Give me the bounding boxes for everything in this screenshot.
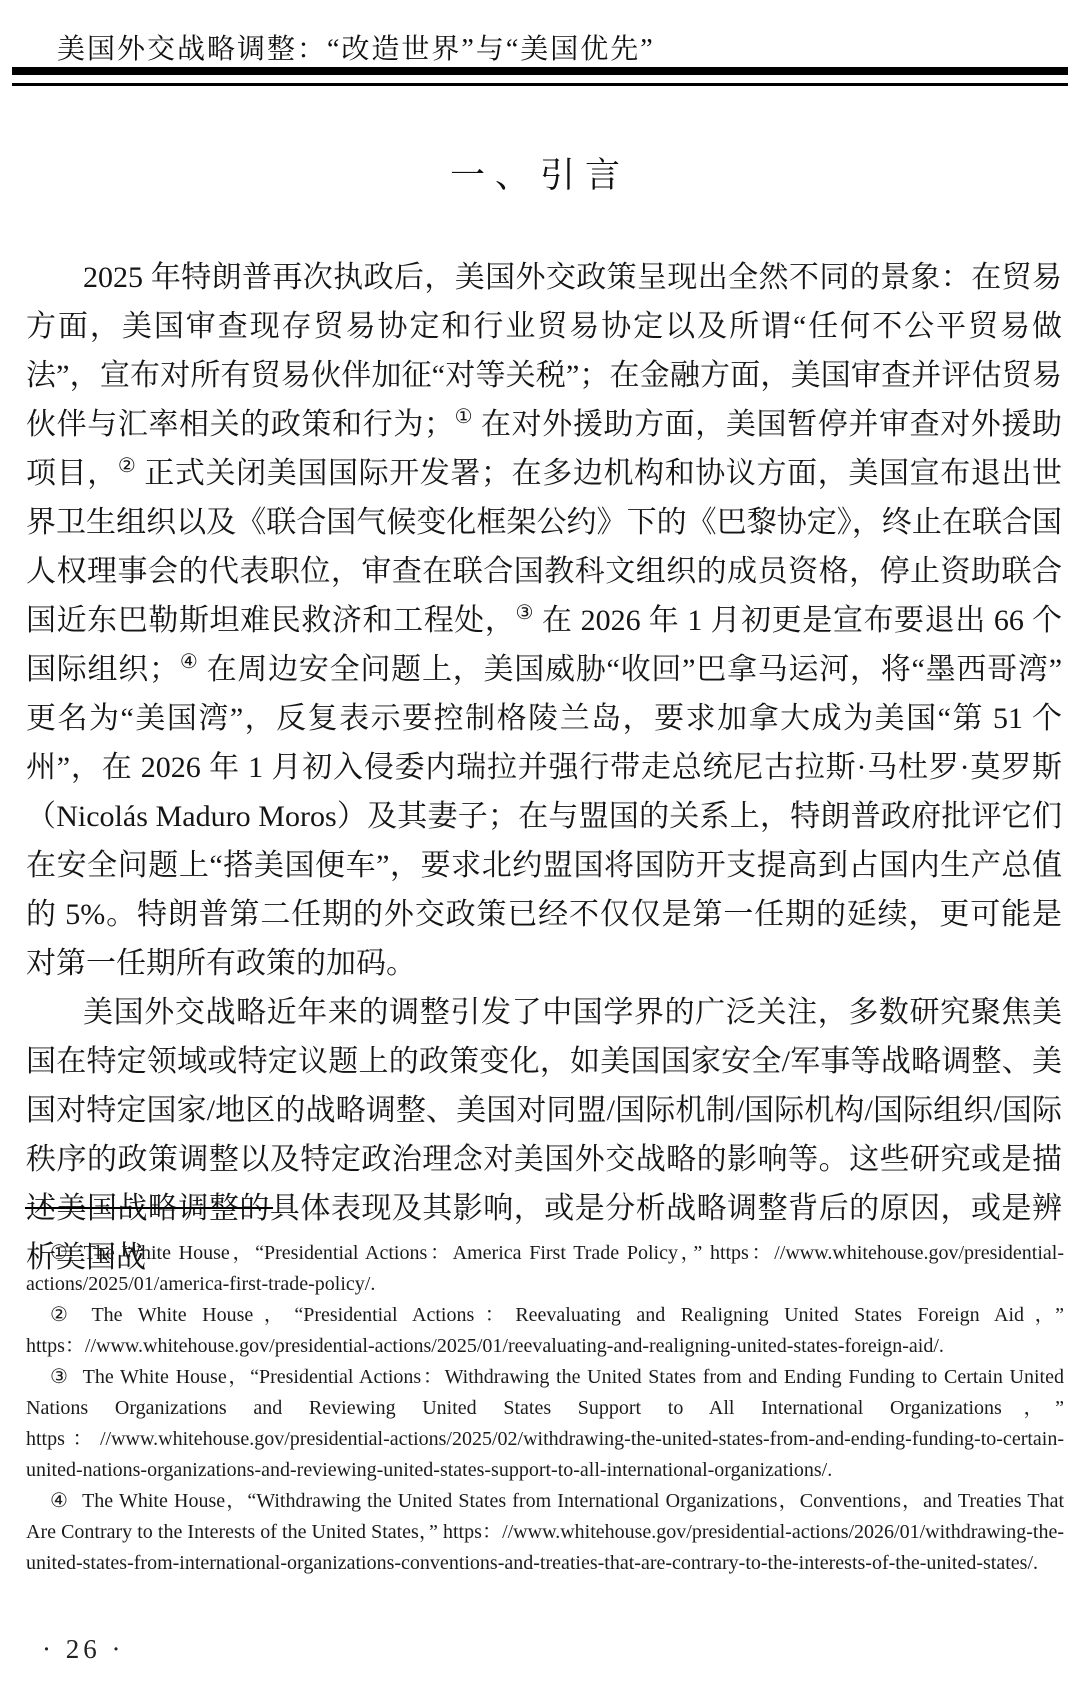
footnote-marker: ③ [50,1366,70,1388]
body-paragraph-1: 2025 年特朗普再次执政后，美国外交政策呈现出全然不同的景象：在贸易方面，美国… [26,253,1062,988]
footnote-item: ④The White House，“Withdrawing the United… [26,1486,1064,1579]
footnote-separator [25,1207,273,1209]
footnote-text: The White House，“Presidential Actions：Am… [26,1242,1064,1295]
header-rule-thin [12,83,1068,86]
footnote-item: ①The White House，“Presidential Actions：A… [26,1238,1064,1300]
page-number: · 26 · [42,1634,124,1665]
body-text: 2025 年特朗普再次执政后，美国外交政策呈现出全然不同的景象：在贸易方面，美国… [26,253,1062,1282]
footnote-item: ②The White House，“Presidential Actions：R… [26,1300,1064,1362]
document-page: 美国外交战略调整：“改造世界”与“美国优先” 一、引言 2025 年特朗普再次执… [0,0,1080,1689]
running-head: 美国外交战略调整：“改造世界”与“美国优先” [57,27,655,67]
footnote-item: ③The White House，“Presidential Actions：W… [26,1362,1064,1486]
footnotes: ①The White House，“Presidential Actions：A… [26,1238,1064,1579]
footnote-text: The White House，“Presidential Actions：Wi… [26,1366,1064,1481]
header-rule-thick [12,67,1068,75]
footnote-text: The White House，“Withdrawing the United … [26,1490,1064,1574]
footnote-text: The White House，“Presidential Actions：Re… [26,1304,1064,1357]
footnote-marker: ② [50,1304,78,1326]
footnote-marker: ④ [50,1490,69,1512]
footnote-marker: ① [50,1242,71,1264]
section-title: 一、引言 [0,148,1080,198]
